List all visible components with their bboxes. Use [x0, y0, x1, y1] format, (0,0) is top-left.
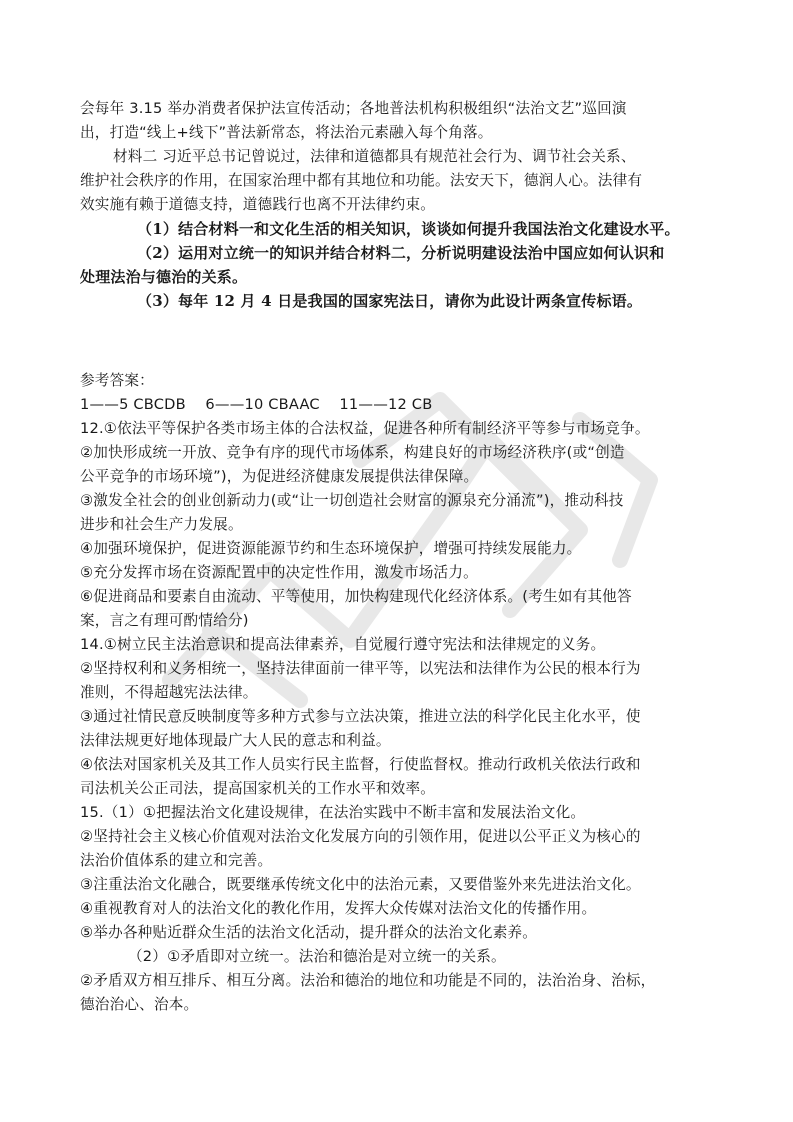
- answer-line: 德治治心、治本。: [80, 995, 198, 1015]
- answer-line: ②坚持社会主义核心价值观对法治文化发展方向的引领作用，促进以公平正义为核心的: [80, 827, 641, 847]
- answer-line: ⑥促进商品和要素自由流动、平等使用，加快构建现代化经济体系。(考生如有其他答: [80, 587, 632, 607]
- answer-line: （2）①矛盾即对立统一。法治和德治是对立统一的关系。: [128, 947, 506, 967]
- answer-line: ②矛盾双方相互排斥、相互分离。法治和德治的地位和功能是不同的，法治治身、治标，: [80, 971, 655, 991]
- choice-answers: 1——5 CBCDB 6——10 CBAAC 11——12 CB: [80, 395, 432, 415]
- question-3: （3）每年 12 月 4 日是我国的国家宪法日，请你为此设计两条宣传标语。: [137, 291, 642, 311]
- answer-line: ③注重法治文化融合，既要继承传统文化中的法治元素，又要借鉴外来先进法治文化。: [80, 875, 641, 895]
- material-line: 出，打造“线上+线下”普法新常态，将法治元素融入每个角落。: [80, 123, 493, 143]
- answer-line: 准则，不得超越宪法法律。: [80, 683, 258, 703]
- answer-line: ④加强环境保护，促进资源能源节约和生态环境保护，增强可持续发展能力。: [80, 539, 581, 559]
- material-line: 维护社会秩序的作用，在国家治理中都有其地位和功能。法安天下，德润人心。法律有: [80, 171, 642, 191]
- material-line: 会每年 3.15 举办消费者保护法宣传活动；各地普法机构积极组织“法治文艺”巡回…: [80, 99, 627, 119]
- answer-line: ⑤充分发挥市场在资源配置中的决定性作用，激发市场活力。: [80, 563, 478, 583]
- document-page: 会每年 3.15 举办消费者保护法宣传活动；各地普法机构积极组织“法治文艺”巡回…: [0, 0, 793, 1122]
- answer-line: ②坚持权利和义务相统一，坚持法律面前一律平等，以宪法和法律作为公民的根本行为: [80, 659, 641, 679]
- answer-line: 法律法规更好地体现最广大人民的意志和利益。: [80, 731, 391, 751]
- answer-line: 公平竞争的市场环境”)，为促进经济健康发展提供法律保障。: [80, 467, 478, 487]
- question-1: （1）结合材料一和文化生活的相关知识，谈谈如何提升我国法治文化建设水平。: [137, 219, 680, 239]
- answer-line: 案，言之有理可酌情给分): [80, 611, 249, 631]
- answers-heading: 参考答案：: [80, 371, 154, 391]
- answer-line: 法治价值体系的建立和完善。: [80, 851, 272, 871]
- material-line: 效实施有赖于道德支持，道德践行也离不开法律约束。: [80, 195, 435, 215]
- question-2-continued: 处理法治与德治的关系。: [80, 267, 247, 287]
- material-two-heading-line: 材料二 习近平总书记曾说过，法律和道德都具有规范社会行为、调节社会关系、: [113, 147, 636, 167]
- answer-line: ③激发全社会的创业创新动力(或“让一切创造社会财富的源泉充分涌流”)，推动科技: [80, 491, 624, 511]
- answer-line: ④依法对国家机关及其工作人员实行民主监督，行使监督权。推动行政机关依法行政和: [80, 755, 641, 775]
- answer-line: ④重视教育对人的法治文化的教化作用，发挥大众传媒对法治文化的传播作用。: [80, 899, 596, 919]
- answer-line: 14.①树立民主法治意识和提高法律素养，自觉履行遵守宪法和法律规定的义务。: [80, 635, 605, 655]
- answer-line: 15.（1）①把握法治文化建设规律，在法治实践中不断丰富和发展法治文化。: [80, 803, 585, 823]
- answer-line: ③通过社情民意反映制度等多种方式参与立法决策，推进立法的科学化民主化水平，使: [80, 707, 641, 727]
- question-2: （2）运用对立统一的知识并结合材料二，分析说明建设法治中国应如何认识和: [137, 243, 664, 263]
- answer-line: 12.①依法平等保护各类市场主体的合法权益，促进各种所有制经济平等参与市场竞争。: [80, 419, 650, 439]
- answer-line: ⑤举办各种贴近群众生活的法治文化活动，提升群众的法治文化素养。: [80, 923, 537, 943]
- answer-line: ②加快形成统一开放、竞争有序的现代市场体系，构建良好的市场经济秩序(或“创造: [80, 443, 625, 463]
- answer-line: 司法机关公正司法，提高国家机关的工作水平和效率。: [80, 779, 435, 799]
- answer-line: 进步和社会生产力发展。: [80, 515, 243, 535]
